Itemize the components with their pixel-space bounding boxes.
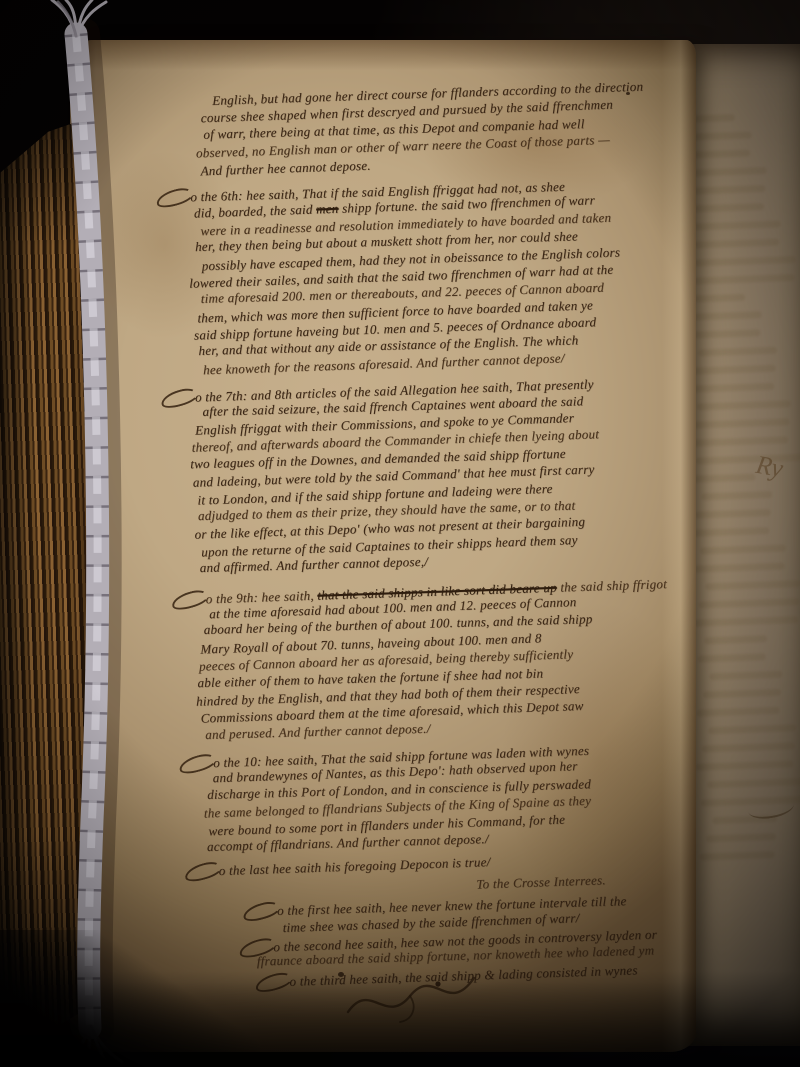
showthrough-line — [707, 778, 800, 789]
manuscript-photo-scene: Ry English, but had gone her direct cour… — [0, 0, 800, 1067]
showthrough-line — [690, 167, 767, 177]
initial-flourish — [154, 185, 195, 211]
showthrough-line — [693, 311, 762, 320]
margin-mark: Ry — [754, 450, 786, 484]
showthrough-line — [692, 365, 776, 375]
showthrough-line — [702, 742, 795, 752]
manuscript-page: English, but had gone her direct course … — [70, 40, 696, 1052]
line-text: did, boarded, the said — [194, 202, 317, 221]
showthrough-line — [695, 509, 771, 519]
showthrough-line — [709, 671, 782, 681]
page-fore-edge — [662, 40, 696, 1052]
initial-flourish — [241, 899, 282, 925]
showthrough-line — [684, 436, 788, 447]
text-block: English, but had gone her direct course … — [150, 75, 696, 993]
showthrough-line — [704, 635, 767, 644]
struck-text: men — [316, 201, 339, 217]
page-edges-stack — [0, 118, 88, 1036]
showthrough-line — [694, 563, 785, 573]
showthrough-line — [692, 616, 798, 627]
showthrough-line — [706, 833, 776, 842]
showthrough-line — [689, 473, 755, 482]
line-text: o the last hee saith his foregoing Depoc… — [219, 855, 491, 879]
showthrough-line — [694, 256, 796, 267]
showthrough-line — [700, 544, 786, 554]
showthrough-line — [703, 689, 781, 699]
showthrough-line — [689, 220, 781, 230]
showthrough-line — [695, 760, 793, 770]
initial-flourish — [183, 859, 224, 885]
showthrough-line — [698, 347, 777, 357]
initial-flourish — [159, 385, 200, 411]
showthrough-line — [699, 598, 800, 609]
showthrough-line — [688, 527, 769, 537]
showthrough-line — [691, 418, 790, 428]
initial-flourish — [170, 587, 211, 613]
showthrough-line — [686, 329, 760, 339]
showthrough-line — [682, 239, 779, 249]
line-text: the said ship ffrigot — [557, 576, 668, 595]
page-top-curl-shadow — [70, 40, 696, 70]
showthrough-line — [700, 851, 775, 861]
showthrough-line — [697, 400, 791, 410]
line-text: To the Crosse Interrees. — [476, 872, 606, 891]
showthrough-line — [701, 491, 772, 500]
showthrough-line — [687, 274, 794, 285]
showthrough-line — [697, 707, 780, 717]
showthrough-line — [708, 724, 796, 734]
showthrough-line — [705, 580, 800, 590]
page-bottom-curl-shadow — [70, 982, 696, 1052]
showthrough-line — [685, 383, 774, 393]
showthrough-line — [698, 653, 766, 662]
